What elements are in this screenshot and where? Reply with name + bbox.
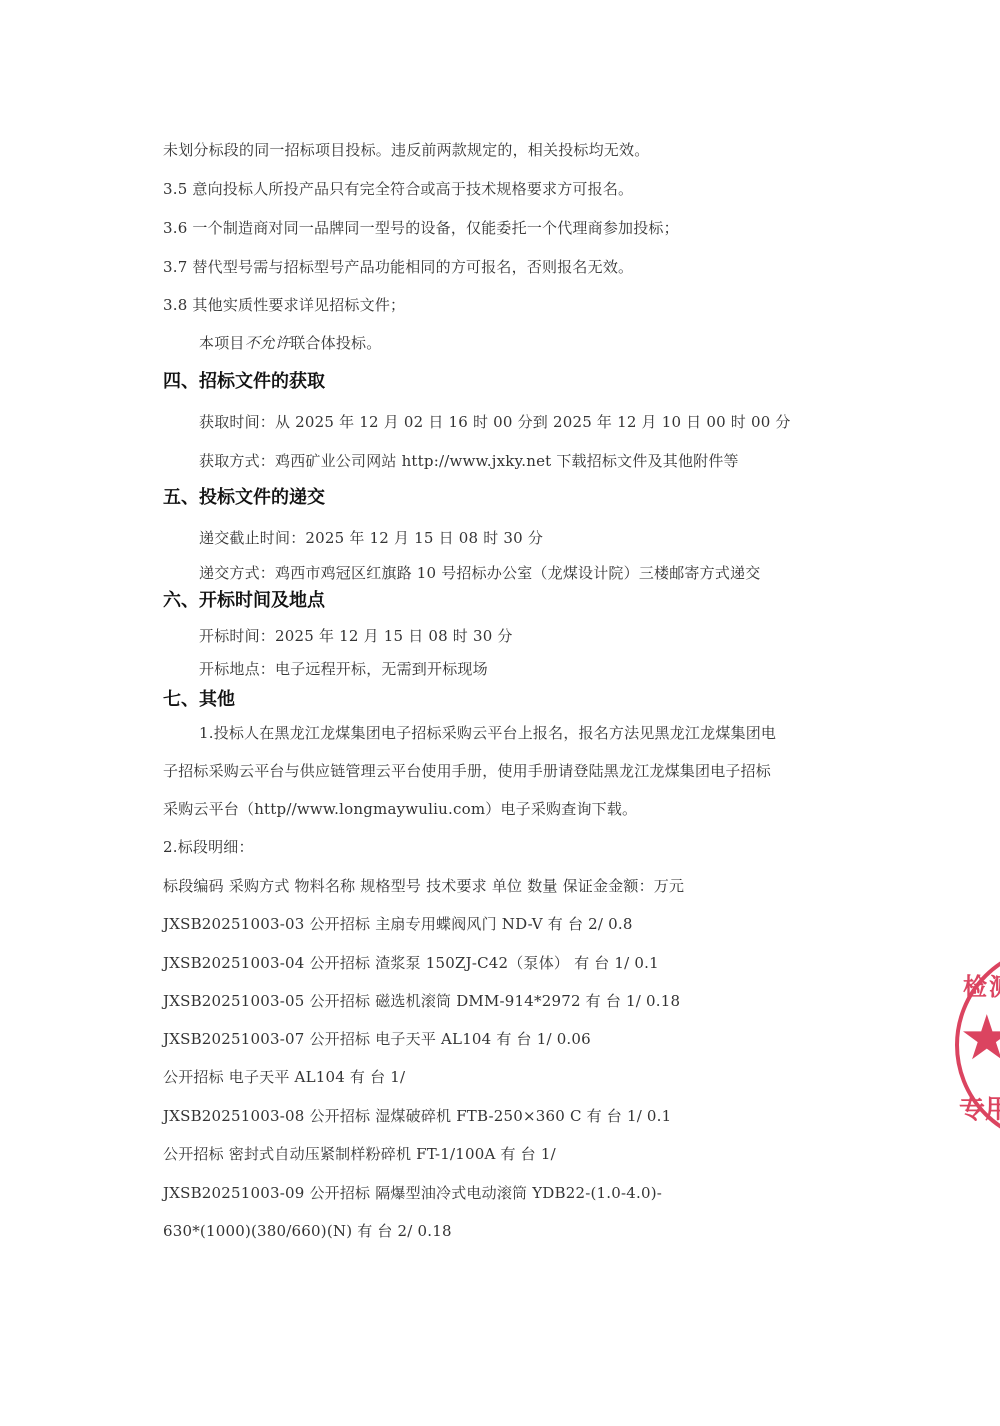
section6-place: 开标地点：电子远程开标，无需到开标现场: [199, 659, 488, 679]
lot-row: JXSB20251003-03 公开招标 主扇专用蝶阀风门 ND-V 有 台 2…: [163, 914, 633, 934]
section6-time: 开标时间：2025 年 12 月 15 日 08 时 30 分: [199, 626, 513, 646]
clause-3-5: 3.5 意向投标人所投产品只有完全符合或高于技术规格要求方可报名。: [163, 179, 633, 199]
section5-heading: 五、投标文件的递交: [163, 487, 325, 509]
clause-3-7: 3.7 替代型号需与招标型号产品功能相同的方可报名，否则报名无效。: [163, 257, 633, 277]
section5-method: 递交方式：鸡西市鸡冠区红旗路 10 号招标办公室（龙煤设计院）三楼邮寄方式递交: [199, 563, 760, 583]
note1-line2: 子招标采购云平台与供应链管理云平台使用手册，使用手册请登陆黑龙江龙煤集团电子招标: [163, 761, 771, 781]
star-icon: ★: [959, 1007, 1000, 1069]
section4-heading: 四、招标文件的获取: [163, 371, 325, 393]
stamp-top-text: 检测: [963, 967, 1000, 1002]
lot-row: 公开招标 电子天平 AL104 有 台 1/: [163, 1067, 405, 1087]
consortium-not-allowed: 不允许: [245, 334, 291, 352]
note1-line3: 采购云平台（http//www.longmaywuliu.com）电子采购查询下…: [163, 799, 637, 819]
lot-row: JXSB20251003-07 公开招标 电子天平 AL104 有 台 1/ 0…: [163, 1029, 591, 1049]
official-seal-stamp: 检测 ★ 专用: [955, 945, 1000, 1145]
stamp-bottom-text: 专用: [959, 1089, 1000, 1126]
section4-time: 获取时间：从 2025 年 12 月 02 日 16 时 00 分到 2025 …: [199, 412, 791, 432]
lots-table-header: 标段编码 采购方式 物料名称 规格型号 技术要求 单位 数量 保证金金额：万元: [163, 876, 684, 896]
note2-title: 2.标段明细：: [163, 837, 254, 857]
note1-line1: 1.投标人在黑龙江龙煤集团电子招标采购云平台上报名，报名方法见黑龙江龙煤集团电: [199, 723, 776, 743]
clause-3-8: 3.8 其他实质性要求详见招标文件；: [163, 295, 405, 315]
lot-row: 630*(1000)(380/660)(N) 有 台 2/ 0.18: [163, 1221, 452, 1241]
lot-row: JXSB20251003-04 公开招标 渣浆泵 150ZJ-C42（泵体） 有…: [163, 953, 659, 973]
lot-row: JXSB20251003-05 公开招标 磁选机滚筒 DMM-914*2972 …: [163, 991, 680, 1011]
lot-row: 公开招标 密封式自动压紧制样粉碎机 FT-1/100A 有 台 1/: [163, 1144, 556, 1164]
section3-continued-line: 未划分标段的同一招标项目投标。违反前两款规定的，相关投标均无效。: [163, 140, 649, 160]
section6-heading: 六、开标时间及地点: [163, 590, 325, 612]
section7-heading: 七、其他: [163, 689, 235, 711]
section5-deadline: 递交截止时间：2025 年 12 月 15 日 08 时 30 分: [199, 528, 543, 548]
consortium-statement: 本项目不允许联合体投标。: [199, 333, 381, 353]
clause-3-6: 3.6 一个制造商对同一品牌同一型号的设备，仅能委托一个代理商参加投标；: [163, 218, 679, 238]
lot-row: JXSB20251003-09 公开招标 隔爆型油冷式电动滚筒 YDB22-(1…: [163, 1183, 662, 1203]
consortium-prefix: 本项目: [199, 334, 245, 352]
lot-row: JXSB20251003-08 公开招标 湿煤破碎机 FTB-250×360 C…: [163, 1106, 671, 1126]
section4-method: 获取方式：鸡西矿业公司网站 http://www.jxky.net 下载招标文件…: [199, 451, 739, 471]
consortium-suffix: 联合体投标。: [290, 334, 381, 352]
